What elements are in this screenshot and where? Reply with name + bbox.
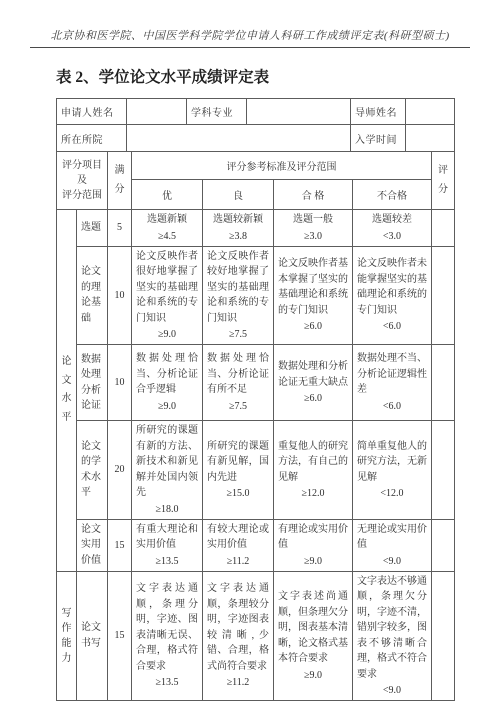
criterion-threshold: ≥12.0 [278,486,348,501]
criterion-threshold: <12.0 [357,486,427,501]
full-score-header-text: 满分 [115,162,125,199]
criterion-text: 论文反映作者基本掌握了坚实的基础理论和系统的专门知识 [278,256,348,318]
criterion-threshold: <9.0 [357,683,427,698]
criterion-text: 文字表达通顺，条理较分明，字迹图表较清晰,少错、合理，格式尚符合要求 [207,581,269,674]
criterion-text: 选题新颖 [136,212,198,228]
criterion-cell-good: 文字表达通顺，条理较分明，字迹图表较清晰,少错、合理，格式尚符合要求 ≥11.2 [203,571,274,701]
criterion-text: 选题较差 [357,212,427,228]
info-row-1: 申请人姓名 学科专业 导师姓名 [57,99,455,125]
criterion-cell-excellent: 有重大理论和实用价值 ≥13.5 [132,519,203,571]
criterion-cell-good: 选题较新颖 ≥3.8 [203,210,274,247]
criterion-threshold: ≥9.0 [278,668,348,683]
item-name: 数据处理分析论证 [77,345,108,421]
criterion-text: 论文反映作者很好地掌握了坚实的基础理论和系统的专门知识 [136,249,198,327]
criterion-threshold: ≥3.8 [207,229,269,244]
evaluation-table: 评分项目 及 评分范围 满分 评分参考标准及评分范围 评分 优 良 合 格 不合… [56,151,455,701]
criterion-threshold: ≥9.0 [136,327,198,342]
standard-header: 评分参考标准及评分范围 [132,152,432,180]
criterion-threshold: <6.0 [357,399,427,414]
criterion-threshold: ≥3.0 [278,229,348,244]
criterion-text: 论文反映作者较好地掌握了坚实的基础理论和系统的专门知识 [207,249,269,327]
criterion-row-data-analysis: 数据处理分析论证 10 数据处理恰当、分析论证合乎逻辑 ≥9.0 数据处理恰当、… [57,345,455,421]
grade-header-good: 良 [203,180,274,210]
institute-value [127,125,351,152]
criterion-cell-good: 论文反映作者较好地掌握了坚实的基础理论和系统的专门知识 ≥7.5 [203,246,274,345]
criterion-threshold: ≥7.5 [207,327,269,342]
criterion-threshold: ≥6.0 [278,391,348,406]
major-label: 学科专业 [187,99,247,125]
score-input-cell [432,345,455,421]
item-range-header-text: 评分项目 及 评分范围 [61,158,103,203]
full-score-value: 15 [108,571,132,701]
category-writing-ability-text: 写作能力 [62,606,72,666]
major-value [247,99,351,125]
criterion-cell-fail: 简单重复他人的研究方法，无新见解 <12.0 [353,421,432,520]
criterion-text: 有理论或实用价值 [278,522,348,553]
score-column-header: 评分 [432,152,455,210]
enrollment-value [406,125,455,152]
criterion-cell-excellent: 文字表达通顺，条理分明，字迹、图表清晰无误、合理，格式符合要求 ≥13.5 [132,571,203,701]
item-name: 论文的理论基础 [77,246,108,345]
criterion-text: 简单重复他人的研究方法，无新见解 [357,439,427,486]
criterion-cell-fail: 无理论或实用价值 <9.0 [353,519,432,571]
item-name: 论文实用价值 [77,519,108,571]
criterion-cell-fail: 文字表达不够通顺，条理欠分明，字迹不清，错别字较多，图表不够清晰合理，格式不符合… [353,571,432,701]
full-score-value: 5 [108,210,132,247]
criterion-text: 无理论或实用价值 [357,522,427,553]
criterion-cell-pass: 重复他人的研究方法，有自己的见解 ≥12.0 [274,421,353,520]
criterion-threshold: ≥6.0 [278,319,348,334]
criterion-text: 数据处理恰当、分析论证合乎逻辑 [136,351,198,398]
criterion-text: 所研究的课题有新的方法、新技术和新见解并处国内领先 [136,423,198,501]
criterion-cell-fail: 论文反映作者未能掌握坚实的基础理论和系统的专门知识 <6.0 [353,246,432,345]
main-header-row-1: 评分项目 及 评分范围 满分 评分参考标准及评分范围 评分 [57,152,455,180]
page-title: 表 2、学位论文水平成绩评定表 [56,65,500,87]
item-name: 论文的学术水平 [77,421,108,520]
criterion-cell-good: 数据处理恰当、分析论证有所不足 ≥7.5 [203,345,274,421]
criterion-cell-excellent: 论文反映作者很好地掌握了坚实的基础理论和系统的专门知识 ≥9.0 [132,246,203,345]
category-thesis-level: 论文水平 [57,210,77,572]
applicant-info-table: 申请人姓名 学科专业 导师姓名 所在所院 入学时间 [56,98,455,152]
grade-header-excellent: 优 [132,180,203,210]
grade-header-pass: 合 格 [274,180,353,210]
category-thesis-level-text: 论文水平 [62,353,72,427]
criterion-threshold: ≥9.0 [278,554,348,569]
criterion-text: 重复他人的研究方法，有自己的见解 [278,439,348,486]
header-divider [30,47,470,48]
criterion-cell-fail: 数据处理不当、分析论证逻辑性差 <6.0 [353,345,432,421]
criterion-row-academic-level: 论文的学术水平 20 所研究的课题有新的方法、新技术和新见解并处国内领先 ≥18… [57,421,455,520]
criterion-text: 数据处理恰当、分析论证有所不足 [207,351,269,398]
applicant-name-label: 申请人姓名 [57,99,127,125]
criterion-threshold: ≥11.2 [207,675,269,690]
criterion-threshold: ≥11.2 [207,554,269,569]
criterion-cell-pass: 数据处理和分析论证无重大缺点 ≥6.0 [274,345,353,421]
criterion-cell-fail: 选题较差 <3.0 [353,210,432,247]
criterion-row-theory: 论文的理论基础 10 论文反映作者很好地掌握了坚实的基础理论和系统的专门知识 ≥… [57,246,455,345]
criterion-threshold: <9.0 [357,554,427,569]
institute-label: 所在所院 [57,125,127,152]
criterion-cell-good: 所研究的课题有新见解，国内先进 ≥15.0 [203,421,274,520]
criterion-cell-excellent: 选题新颖 ≥4.5 [132,210,203,247]
criterion-threshold: ≥7.5 [207,399,269,414]
score-column-header-text: 评分 [438,162,448,199]
full-score-value: 10 [108,345,132,421]
criterion-text: 数据处理不当、分析论证逻辑性差 [357,351,427,398]
criterion-threshold: ≥18.0 [136,502,198,517]
category-writing-ability: 写作能力 [57,571,77,701]
full-score-value: 20 [108,421,132,520]
supervisor-value [406,99,455,125]
criterion-text: 选题较新颖 [207,212,269,228]
score-input-cell [432,571,455,701]
criterion-text: 论文反映作者未能掌握坚实的基础理论和系统的专门知识 [357,256,427,318]
item-name: 论文书写 [77,571,108,701]
criterion-text: 有重大理论和实用价值 [136,522,198,553]
score-input-cell [432,519,455,571]
item-range-header: 评分项目 及 评分范围 [57,152,108,210]
criterion-threshold: ≥9.0 [136,399,198,414]
criterion-text: 有较大理论或实用价值 [207,522,269,553]
info-row-2: 所在所院 入学时间 [57,125,455,152]
supervisor-label: 导师姓名 [351,99,406,125]
applicant-name-value [127,99,187,125]
criterion-cell-excellent: 所研究的课题有新的方法、新技术和新见解并处国内领先 ≥18.0 [132,421,203,520]
grade-header-fail: 不合格 [353,180,432,210]
document-page: 北京协和医学院、中国医学科学院学位申请人科研工作成绩评定表(科研型硕士) 表 2… [0,0,500,707]
criterion-text: 文字表达通顺，条理分明，字迹、图表清晰无误、合理，格式符合要求 [136,581,198,674]
criterion-text: 文字表述尚通顺，但条理欠分明，图表基本清晰，论文格式基本符合要求 [278,589,348,667]
criterion-text: 选题一般 [278,212,348,228]
criterion-cell-pass: 选题一般 ≥3.0 [274,210,353,247]
criterion-threshold: ≥4.5 [136,229,198,244]
criterion-cell-good: 有较大理论或实用价值 ≥11.2 [203,519,274,571]
criterion-threshold: ≥13.5 [136,554,198,569]
enrollment-label: 入学时间 [351,125,406,152]
criterion-cell-pass: 有理论或实用价值 ≥9.0 [274,519,353,571]
criterion-row-topic: 论文水平 选题 5 选题新颖 ≥4.5 选题较新颖 ≥3.8 选题一般 ≥3.0… [57,210,455,247]
criterion-text: 数据处理和分析论证无重大缺点 [278,359,348,390]
score-input-cell [432,246,455,345]
full-score-header: 满分 [108,152,132,210]
criterion-cell-excellent: 数据处理恰当、分析论证合乎逻辑 ≥9.0 [132,345,203,421]
criterion-text: 所研究的课题有新见解，国内先进 [207,439,269,486]
full-score-value: 15 [108,519,132,571]
score-input-cell [432,210,455,247]
criterion-row-thesis-writing: 写作能力 论文书写 15 文字表达通顺，条理分明，字迹、图表清晰无误、合理，格式… [57,571,455,701]
criterion-threshold: <6.0 [357,319,427,334]
criterion-text: 文字表达不够通顺，条理欠分明，字迹不清，错别字较多，图表不够清晰合理，格式不符合… [357,574,427,683]
full-score-value: 10 [108,246,132,345]
score-input-cell [432,421,455,520]
document-header-line: 北京协和医学院、中国医学科学院学位申请人科研工作成绩评定表(科研型硕士) [0,27,500,43]
criterion-threshold: ≥15.0 [207,486,269,501]
criterion-cell-pass: 论文反映作者基本掌握了坚实的基础理论和系统的专门知识 ≥6.0 [274,246,353,345]
item-name: 选题 [77,210,108,247]
criterion-row-practical-value: 论文实用价值 15 有重大理论和实用价值 ≥13.5 有较大理论或实用价值 ≥1… [57,519,455,571]
criterion-threshold: ≥13.5 [136,675,198,690]
criterion-threshold: <3.0 [357,229,427,244]
criterion-cell-pass: 文字表述尚通顺，但条理欠分明，图表基本清晰，论文格式基本符合要求 ≥9.0 [274,571,353,701]
